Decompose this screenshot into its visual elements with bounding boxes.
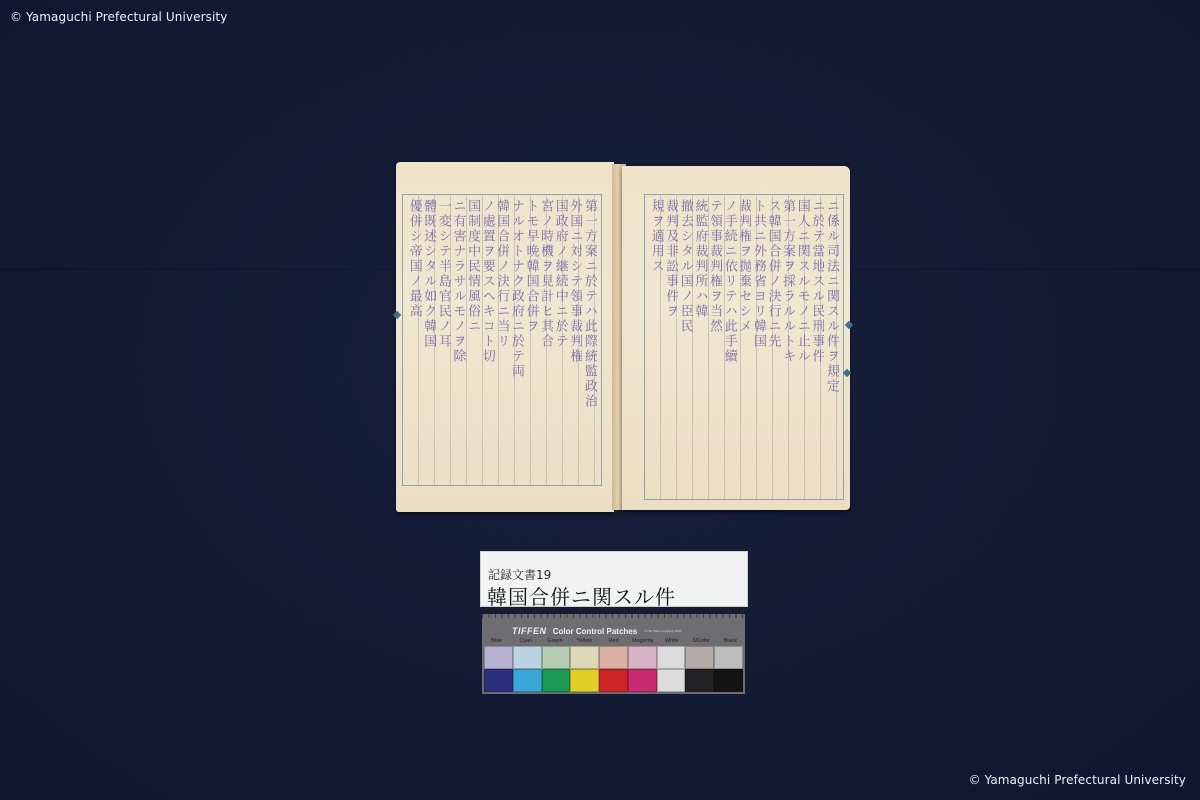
text-column: 一変シテ半島官民ノ耳 bbox=[436, 199, 451, 481]
color-patches-grid bbox=[484, 646, 743, 692]
patch-label: Blue bbox=[482, 638, 511, 644]
text-column: 国制度中民情風俗ニ bbox=[466, 199, 481, 481]
text-column: 第一方案ニ於テハ此際統監政治 bbox=[582, 199, 597, 481]
label-title: 韓国合併ニ関スル件 bbox=[487, 581, 676, 610]
patch-labels: Blue Cyan Green Yellow Red Magenta White… bbox=[482, 638, 745, 644]
open-manuscript-book: 第一方案ニ於テハ此際統監政治 外国ニ対シテ領事裁判権 国政府ノ継続中ニ於テ 宮ノ… bbox=[394, 162, 854, 514]
color-patch-white-dark bbox=[657, 669, 686, 692]
color-patch-black-light bbox=[714, 646, 743, 669]
text-column: 国人ニ関スルモノニ止ル bbox=[795, 199, 810, 495]
color-patch-blue-dark bbox=[484, 669, 513, 692]
color-patch-yellow-dark bbox=[570, 669, 599, 692]
patch-label: Green bbox=[540, 638, 569, 644]
binding-thread-mark bbox=[845, 321, 853, 329]
chart-title-text: Color Control Patches bbox=[553, 627, 637, 636]
binding-thread-mark bbox=[393, 311, 401, 319]
patch-label: Red bbox=[599, 638, 628, 644]
text-column: ニ於テ當地スル民刑事件 bbox=[810, 199, 825, 495]
color-patch-yellow-light bbox=[570, 646, 599, 669]
text-column: ニ有害ナラサルモノヲ除 bbox=[451, 199, 466, 481]
text-column: 国政府ノ継続中ニ於テ bbox=[553, 199, 568, 481]
color-patch-cyan-dark bbox=[513, 669, 542, 692]
color-patch-magenta-dark bbox=[628, 669, 657, 692]
color-patch-green-light bbox=[542, 646, 571, 669]
text-column: 外国ニ対シテ領事裁判権 bbox=[568, 199, 583, 481]
left-page-ruled-frame: 第一方案ニ於テハ此際統監政治 外国ニ対シテ領事裁判権 国政府ノ継続中ニ於テ 宮ノ… bbox=[402, 194, 602, 486]
text-column: 規ヲ適用ス bbox=[649, 199, 664, 495]
text-column: 第一方案ヲ採ラルルトキ bbox=[781, 199, 796, 495]
text-column: ス韓国合併ノ決行ニ先 bbox=[766, 199, 781, 495]
color-patch-red-dark bbox=[599, 669, 628, 692]
patch-label: Black bbox=[716, 638, 745, 644]
color-patch-magenta-light bbox=[628, 646, 657, 669]
measurement-ruler bbox=[482, 614, 745, 624]
text-column: 韓国合併ノ決行ニ当リ bbox=[495, 199, 510, 481]
text-column: ナルオトナク政府ニ於テ両 bbox=[509, 199, 524, 481]
left-page: 第一方案ニ於テハ此際統監政治 外国ニ対シテ領事裁判権 国政府ノ継続中ニ於テ 宮ノ… bbox=[396, 162, 614, 512]
color-patch-cyan-light bbox=[513, 646, 542, 669]
copyright-credit-top-left: © Yamaguchi Prefectural University bbox=[10, 10, 227, 24]
right-page-text-columns: ニ係ル司法ニ関スル件ヲ規定 ニ於テ當地スル民刑事件 国人ニ関スルモノニ止ル 第一… bbox=[649, 199, 839, 495]
chart-title: TIFFEN Color Control Patches bbox=[512, 626, 637, 636]
patch-label: White bbox=[657, 638, 686, 644]
color-patch-blue-light bbox=[484, 646, 513, 669]
text-column: ニ係ル司法ニ関スル件ヲ規定 bbox=[824, 199, 839, 495]
text-column: 宮ノ時機ヲ見計ヒ其合 bbox=[539, 199, 554, 481]
color-patch-white-light bbox=[657, 646, 686, 669]
text-column: テ領事裁判権ヲ当然 bbox=[708, 199, 723, 495]
right-page: ニ係ル司法ニ関スル件ヲ規定 ニ於テ當地スル民刑事件 国人ニ関スルモノニ止ル 第一… bbox=[622, 166, 850, 510]
text-column: ノ手続ニ依リテハ此手續 bbox=[722, 199, 737, 495]
right-page-ruled-frame: ニ係ル司法ニ関スル件ヲ規定 ニ於テ當地スル民刑事件 国人ニ関スルモノニ止ル 第一… bbox=[644, 194, 844, 500]
text-column: 撤去シタル国ノ臣民 bbox=[678, 199, 693, 495]
color-patch-red-light bbox=[599, 646, 628, 669]
text-column: ト共ニ外務省ヨリ韓国 bbox=[751, 199, 766, 495]
patch-label: Yellow bbox=[570, 638, 599, 644]
color-patch-3color-dark bbox=[685, 669, 714, 692]
document-label-card: 記録文書19 韓国合併ニ関スル件 bbox=[480, 551, 748, 607]
text-column: 統監府裁判所ハ韓 bbox=[693, 199, 708, 495]
text-column: 優併シ帝国ノ最高 bbox=[407, 199, 422, 481]
copyright-credit-bottom-right: © Yamaguchi Prefectural University bbox=[969, 773, 1186, 787]
text-column: 裁判権ヲ抛棄セシメ bbox=[737, 199, 752, 495]
left-page-text-columns: 第一方案ニ於テハ此際統監政治 外国ニ対シテ領事裁判権 国政府ノ継続中ニ於テ 宮ノ… bbox=[407, 199, 597, 481]
color-patch-black-dark bbox=[714, 669, 743, 692]
text-column: 裁判及非訟事件ヲ bbox=[664, 199, 679, 495]
patch-label: Magenta bbox=[628, 638, 657, 644]
chart-copyright: © The Tiffen Company 2007 bbox=[644, 629, 681, 633]
color-patch-3color-light bbox=[685, 646, 714, 669]
tiffen-brand-logo: TIFFEN bbox=[512, 626, 547, 636]
color-patch-green-dark bbox=[542, 669, 571, 692]
patch-label: 3/Color bbox=[687, 638, 716, 644]
text-column: ノ處置ヲ要スヘキコト切 bbox=[480, 199, 495, 481]
color-control-chart: TIFFEN Color Control Patches © The Tiffe… bbox=[482, 614, 745, 694]
binding-thread-mark bbox=[843, 369, 851, 377]
patch-label: Cyan bbox=[511, 638, 540, 644]
text-column: トモ早晩韓国合併ヲ bbox=[524, 199, 539, 481]
text-column: 體既述シタル如ク韓国 bbox=[422, 199, 437, 481]
